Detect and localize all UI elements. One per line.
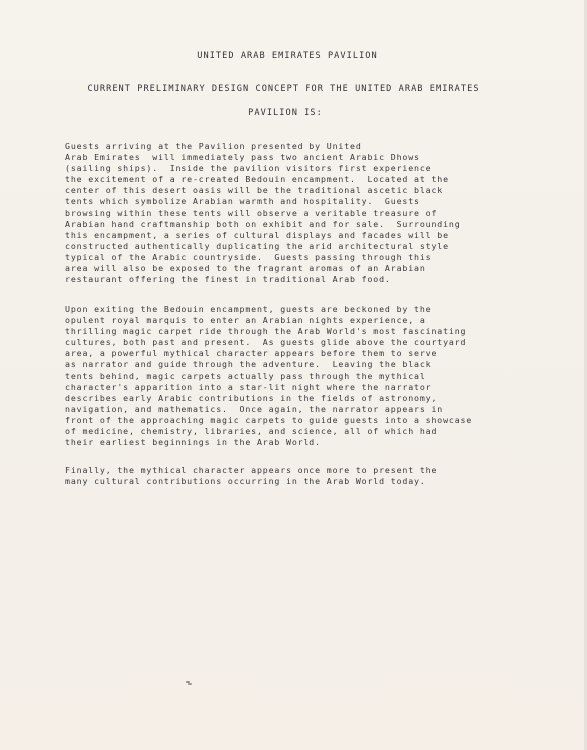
document-page: UNITED ARAB EMIRATES PAVILION CURRENT PR… (0, 0, 587, 750)
document-title: UNITED ARAB EMIRATES PAVILION (0, 51, 581, 61)
document-subtitle-line-1: CURRENT PRELIMINARY DESIGN CONCEPT FOR T… (0, 84, 577, 94)
paragraph-finale: Finally, the mythical character appears … (65, 465, 437, 487)
document-subtitle-line-2: PAVILION IS: (0, 108, 579, 118)
paragraph-magic-carpet-ride: Upon exiting the Bedouin encampment, gue… (65, 304, 472, 448)
paragraph-arrival: Guests arriving at the Pavilion presente… (65, 141, 461, 285)
ink-smudge (186, 681, 190, 683)
